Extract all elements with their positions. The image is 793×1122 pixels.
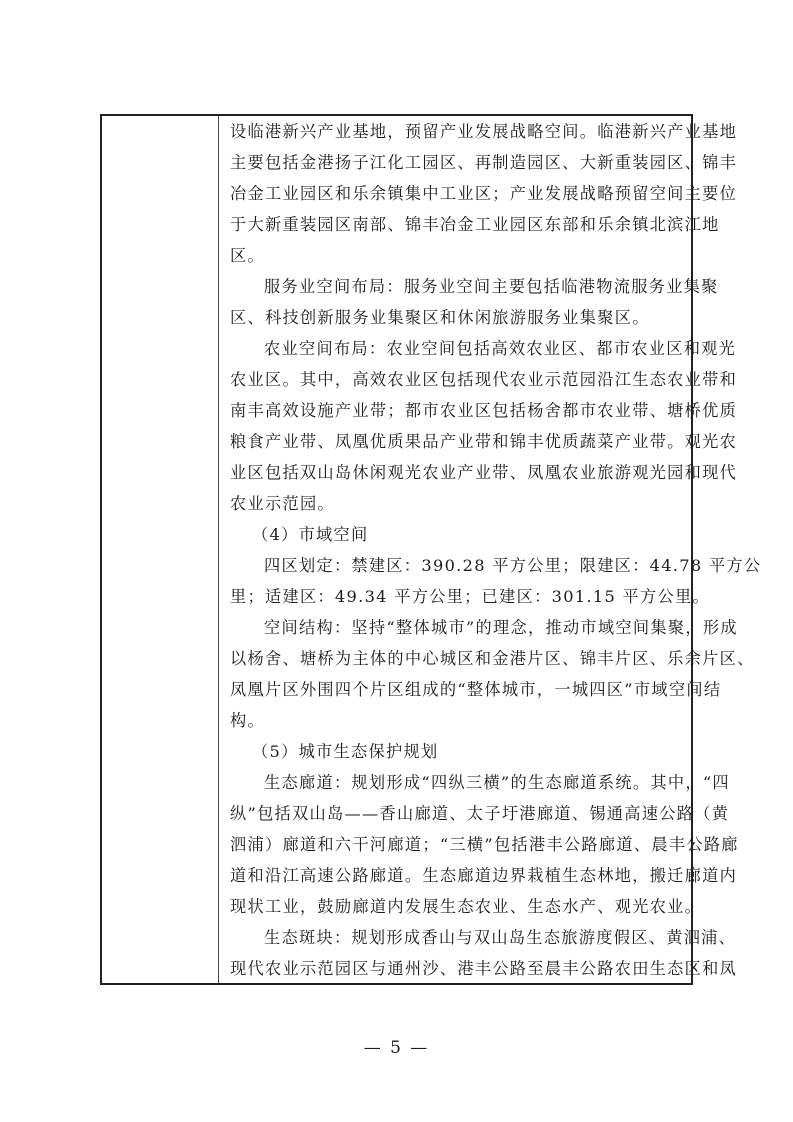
text-line: 粮食产业带、凤凰优质果品产业带和锦丰优质蔬菜产业带。观光农 xyxy=(230,426,683,457)
text-line: 农业示范园。 xyxy=(230,488,683,519)
text-line: 构。 xyxy=(230,705,683,736)
text-line: 现状工业，鼓励廊道内发展生态农业、生态水产、观光农业。 xyxy=(230,891,683,922)
text-line: 农业空间布局：农业空间包括高效农业区、都市农业区和观光 xyxy=(230,333,683,364)
text-line: 业区包括双山岛休闲观光农业产业带、凤凰农业旅游观光园和现代 xyxy=(230,457,683,488)
text-line: 泗浦）廊道和六干河廊道；“三横”包括港丰公路廊道、晨丰公路廊 xyxy=(230,829,683,860)
text-line: 于大新重装园区南部、锦丰冶金工业园区东部和乐余镇北滨江地 xyxy=(230,209,683,240)
text-line: 区。 xyxy=(230,240,683,271)
text-line: 生态廊道：规划形成“四纵三横”的生态廊道系统。其中，“四 xyxy=(230,767,683,798)
text-line: （4）市域空间 xyxy=(230,519,683,550)
text-line: 以杨舍、塘桥为主体的中心城区和金港片区、锦丰片区、乐余片区、 xyxy=(230,643,683,674)
text-line: 区、科技创新服务业集聚区和休闲旅游服务业集聚区。 xyxy=(230,302,683,333)
text-line: 道和沿江高速公路廊道。生态廊道边界栽植生态林地，搬迁廊道内 xyxy=(230,860,683,891)
text-line: 冶金工业园区和乐余镇集中工业区；产业发展战略预留空间主要位 xyxy=(230,178,683,209)
text-line: 里；适建区：49.34 平方公里；已建区：301.15 平方公里。 xyxy=(230,581,683,612)
text-line: 服务业空间布局：服务业空间主要包括临港物流服务业集聚 xyxy=(230,271,683,302)
table-left-column xyxy=(102,116,219,983)
content-table: 设临港新兴产业基地，预留产业发展战略空间。临港新兴产业基地主要包括金港扬子江化工… xyxy=(100,114,693,985)
text-line: （5）城市生态保护规划 xyxy=(230,736,683,767)
page-number: — 5 — xyxy=(0,1038,793,1058)
text-line: 凤凰片区外围四个片区组成的“整体城市，一城四区”市域空间结 xyxy=(230,674,683,705)
text-line: 空间结构：坚持“整体城市”的理念，推动市域空间集聚，形成 xyxy=(230,612,683,643)
text-line: 生态斑块：规划形成香山与双山岛生态旅游度假区、黄泗浦、 xyxy=(230,922,683,953)
text-line: 南丰高效设施产业带；都市农业区包括杨舍都市农业带、塘桥优质 xyxy=(230,395,683,426)
table-right-column: 设临港新兴产业基地，预留产业发展战略空间。临港新兴产业基地主要包括金港扬子江化工… xyxy=(220,116,691,983)
text-line: 纵”包括双山岛——香山廊道、太子圩港廊道、锡通高速公路（黄 xyxy=(230,798,683,829)
text-line: 主要包括金港扬子江化工园区、再制造园区、大新重装园区、锦丰 xyxy=(230,147,683,178)
text-line: 四区划定：禁建区：390.28 平方公里；限建区：44.78 平方公 xyxy=(230,550,683,581)
text-line: 农业区。其中，高效农业区包括现代农业示范园沿江生态农业带和 xyxy=(230,364,683,395)
text-line: 现代农业示范园区与通州沙、港丰公路至晨丰公路农田生态区和凤 xyxy=(230,953,683,984)
text-line: 设临港新兴产业基地，预留产业发展战略空间。临港新兴产业基地 xyxy=(230,116,683,147)
